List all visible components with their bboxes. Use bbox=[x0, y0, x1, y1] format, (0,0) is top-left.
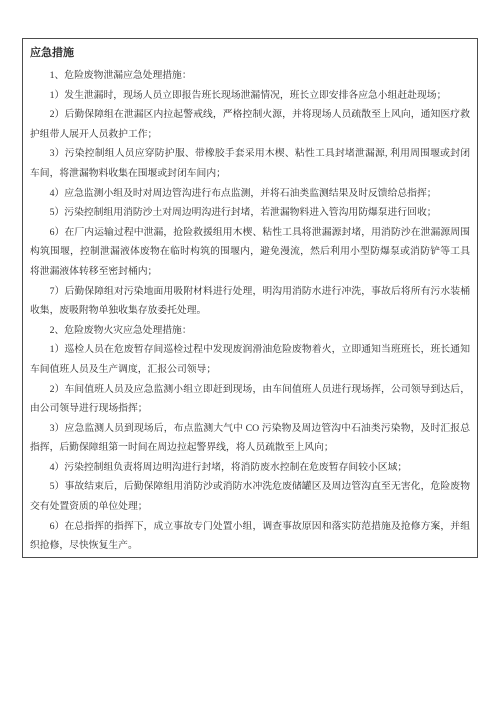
section-item: 4）污染控制组负责将周边明沟进行封堵，将消防废水控制在危废暂存间较小区域； bbox=[30, 458, 470, 478]
section-item: 5）事故结束后，后勤保障组用消防沙或消防水冲洗危废储罐区及周边管沟直至无害化，危… bbox=[30, 477, 470, 516]
section-heading: 1、危险废物泄漏应急处理措施： bbox=[30, 66, 470, 86]
section-item: 4）应急监测小组及时对周边管沟进行布点监测，并将石油类监测结果及时反馈给总指挥； bbox=[30, 184, 470, 204]
document-title: 应急措施 bbox=[30, 44, 470, 63]
section-item: 3）应急监测人员到现场后，布点监测大气中 CO 污染物及周边管沟中石油类污染物，… bbox=[30, 419, 470, 458]
section-heading: 2、危险废物火灾应急处理措施： bbox=[30, 321, 470, 341]
section-item: 6）在厂内运输过程中泄漏，抢险救援组用木楔、粘性工具将泄漏源封堵，用消防沙在泄漏… bbox=[30, 223, 470, 282]
section-item: 2）车间值班人员及应急监测小组立即赶到现场，由车间值班人员进行现场挥，公司领导到… bbox=[30, 380, 470, 419]
section-item: 1）巡检人员在危废暂存间巡检过程中发现废润滑油危险废物着火，立即通知当班班长，班… bbox=[30, 340, 470, 379]
scanned-document-page: { "theme": { "border_color": "#4d4d4d", … bbox=[0, 0, 500, 708]
emergency-measures-table-cell: 应急措施 1、危险废物泄漏应急处理措施：1）发生泄漏时，现场人员立即报告班长现场… bbox=[22, 38, 478, 558]
section-item: 7）后勤保障组对污染地面用吸附材料进行处理，明沟用消防水进行冲洗，事故后将所有污… bbox=[30, 282, 470, 321]
document-body: 1、危险废物泄漏应急处理措施：1）发生泄漏时，现场人员立即报告班长现场泄漏情况，… bbox=[30, 66, 470, 556]
section-item: 1）发生泄漏时，现场人员立即报告班长现场泄漏情况，班长立即安排各应急小组赶赴现场… bbox=[30, 86, 470, 106]
section-item: 6）在总指挥的指挥下，成立事故专门处置小组，调查事故原因和落实防范措施及抢修方案… bbox=[30, 517, 470, 556]
section-item: 5）污染控制组用消防沙土对周边明沟进行封堵，若泄漏物料进入管沟用防爆泵进行回收； bbox=[30, 203, 470, 223]
section-item: 2）后勤保障组在泄漏区内拉起警戒线，严格控制火源，并将现场人员疏散至上风向，通知… bbox=[30, 105, 470, 144]
section-item: 3）污染控制组人员应穿防护服、带橡胶手套采用木楔、粘性工具封堵泄漏源, 利用周围… bbox=[30, 144, 470, 183]
